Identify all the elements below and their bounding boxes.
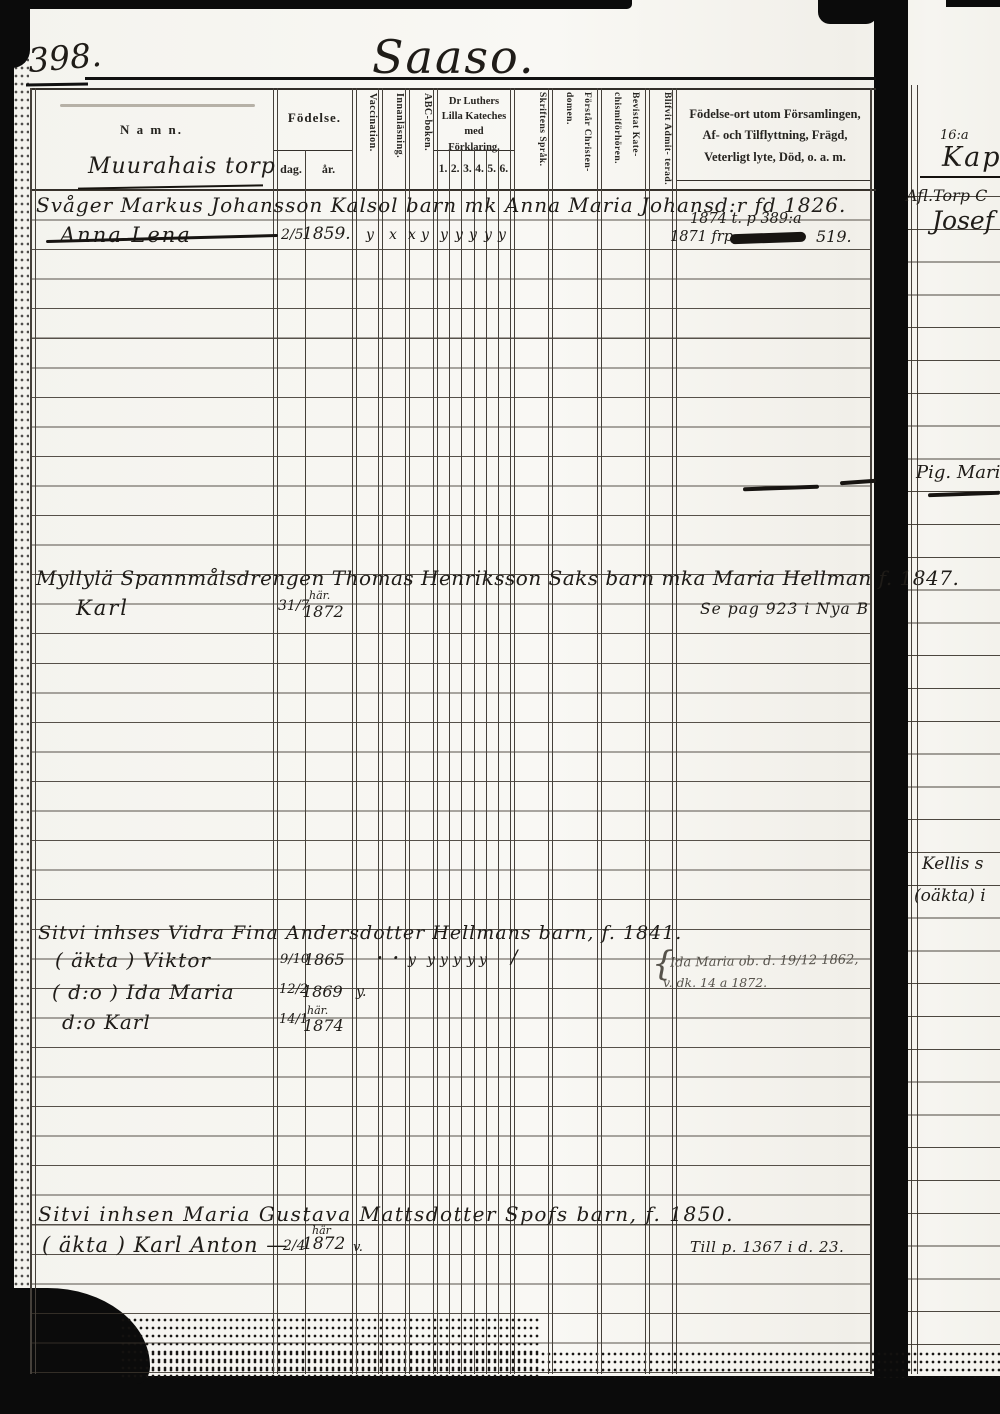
col-rule xyxy=(601,88,602,1374)
entry2-note: Se pag 923 i Nya B xyxy=(700,600,869,618)
entry1-mark: y xyxy=(469,227,477,243)
scan-edge-top-blob xyxy=(818,0,878,24)
col-rule xyxy=(378,88,379,1374)
entry4-name: ( äkta ) Karl Anton — xyxy=(42,1233,288,1257)
col-rule xyxy=(277,88,278,1374)
col-rule xyxy=(449,150,450,1374)
entry1-mark: y xyxy=(455,227,463,243)
col-header-fodelse: Födelse. xyxy=(277,110,352,126)
entry3-row1-mark: y xyxy=(453,952,461,968)
col-rule xyxy=(405,88,406,1374)
katekes-col-1: 1. xyxy=(439,163,448,175)
col-rule xyxy=(382,88,383,1374)
fodelse-box-rule xyxy=(273,150,353,151)
page-number: 398. xyxy=(26,35,103,80)
col-header-ar: år. xyxy=(305,162,352,177)
col-rule xyxy=(548,88,549,1374)
col-rule xyxy=(645,88,646,1374)
row-rules xyxy=(30,190,872,1374)
right-page-heading-small: 16:a xyxy=(940,128,969,143)
right-page-heading: Kapo xyxy=(942,142,1000,173)
right-page-heading-underline xyxy=(920,176,1000,178)
entry1-mark: y xyxy=(440,227,448,243)
katekes-col-5: 5. xyxy=(487,163,496,175)
katekes-col-3: 3. xyxy=(463,163,472,175)
katekes-subcolumn-numbers: 1.2.3.4.5.6. xyxy=(437,163,510,175)
col-rule xyxy=(437,88,438,1374)
entry3-row2-birth-year: 1869 xyxy=(302,982,343,1001)
right-page-entry-line1: Afl.Torp C xyxy=(906,186,987,205)
col-rule xyxy=(461,150,462,1374)
title-rule xyxy=(85,77,876,80)
katekes-col-6: 6. xyxy=(500,163,509,175)
entry3-row3-birth-year: 1874 xyxy=(303,1016,344,1035)
col-rule xyxy=(498,150,499,1374)
entry3-row1-mark: y xyxy=(408,952,416,968)
right-page-entry-low1: Kellis s xyxy=(922,854,983,874)
col-header-namn: N a m n. xyxy=(30,122,273,138)
col-rule xyxy=(649,88,650,1374)
entry1-mark: x xyxy=(408,227,416,243)
col-header-fodelseort: Födelse-ort utom Församlingen, Af- och T… xyxy=(684,104,866,168)
entry3-row1-mark: y xyxy=(479,952,487,968)
katekes-col-4: 4. xyxy=(475,163,484,175)
page-title: Saaso. xyxy=(372,30,535,84)
col-rule xyxy=(305,150,306,1374)
col-rule xyxy=(510,88,511,1374)
place-heading: Muurahais torp xyxy=(88,154,276,179)
scan-edge-left xyxy=(0,0,14,1414)
entry2-birth-place-note: här. xyxy=(309,589,330,602)
header-top-rule xyxy=(30,88,876,90)
entry3-headline: Sitvi inhses Vidra Fina Andersdotter Hel… xyxy=(38,922,682,944)
col-rule xyxy=(30,88,32,1374)
col-header-bevistat-katechismiforhoren: Bevistat Kate- chismiförhören. xyxy=(601,92,644,189)
col-rule xyxy=(514,88,515,1374)
entry3-row3-name: d:o Karl xyxy=(62,1010,151,1034)
entry3-row1-mark: y xyxy=(440,952,448,968)
entry1-note-line2-prefix: 1871 frp xyxy=(670,229,733,245)
scan-edge-left-speckle xyxy=(13,0,29,1414)
entry3-row1-birth-year: 1865 xyxy=(304,950,345,969)
col-rule xyxy=(672,88,673,1374)
church-record-scan: 398. Saaso. N a m n. Muurahais torp Föde… xyxy=(0,0,1000,1414)
entry3-row1-mark: · xyxy=(377,948,383,967)
entry1-birth-day: 2/5 xyxy=(281,227,304,243)
entry4-note: Till p. 1367 i d. 23. xyxy=(690,1238,844,1256)
entry3-row1-mark: · xyxy=(393,948,399,967)
right-page-entry-mid: Pig. Mari xyxy=(916,462,1000,483)
right-page-entry-line2: Josef — xyxy=(932,206,1000,235)
col-header-vaccination: Vaccination. xyxy=(356,93,378,189)
entry2-name: Karl xyxy=(76,596,129,620)
scan-edge-bottom xyxy=(0,1376,1000,1414)
col-rule xyxy=(676,88,677,1374)
scan-edge-top-right xyxy=(946,0,1000,7)
book-gutter xyxy=(874,0,908,1414)
col-header-forstar-christendomen: Förstår Christen- domen. xyxy=(553,92,596,189)
col-header-blifvit-admitterad: Blifvit Admit- terad. xyxy=(650,92,672,189)
col-header-skriftens-sprak: Skriftens Språk. xyxy=(517,92,547,189)
entry3-row1-name: ( äkta ) Viktor xyxy=(55,948,211,972)
entry1-mark: y xyxy=(484,227,492,243)
col-rule xyxy=(474,150,475,1374)
entry3-row1-slash-mark: / xyxy=(511,946,517,968)
entry4-headline: Sitvi inhsen Maria Gustava Mattsdotter S… xyxy=(38,1202,734,1226)
right-page-row-rules xyxy=(908,196,1000,1374)
scan-corner-top-left xyxy=(0,0,30,68)
entry1-birth-year: 1859. xyxy=(302,224,351,244)
entry1-mark: y xyxy=(366,227,374,243)
entry4-birth-year: 1872 xyxy=(302,1234,345,1254)
entry3-row1-mark: y xyxy=(467,952,475,968)
col-rule xyxy=(486,150,487,1374)
col-rule xyxy=(409,88,410,1374)
entry1-note-line1: 1874 t. p 389:a xyxy=(690,211,802,227)
col-rule xyxy=(352,88,353,1374)
col-header-innanlasning: Innanläsning. xyxy=(382,93,405,189)
col-rule xyxy=(433,88,434,1374)
col-rule xyxy=(870,88,872,1374)
entry3-row1-mark: y xyxy=(427,952,435,968)
col-header-abc-boken: ABC-boken. xyxy=(409,93,433,189)
entry2-headline: Myllylä Spannmålsdrengen Thomas Henrikss… xyxy=(36,566,959,590)
entry3-row2-name: ( d:o ) Ida Maria xyxy=(52,980,235,1004)
scan-edge-top xyxy=(0,0,632,9)
col-header-dag: dag. xyxy=(277,162,305,177)
right-page-entry-low2: (oäkta) i xyxy=(914,886,986,906)
entry1-note-line2-suffix: 519. xyxy=(816,227,852,246)
col-header-katekes: Dr Luthers Lilla Kateches med Förklaring… xyxy=(438,94,510,155)
entry4-mark: v. xyxy=(353,1240,363,1255)
entry1-name: Anna Lena xyxy=(60,223,192,247)
namn-smudge xyxy=(60,104,255,107)
col-rule xyxy=(552,88,553,1374)
entry1-mark: y xyxy=(498,227,506,243)
page-number-rule xyxy=(26,82,88,86)
col-rule xyxy=(356,88,357,1374)
entry2-birth-year: 1872 xyxy=(303,602,344,621)
fodelseort-box-rule xyxy=(676,180,872,181)
entry1-mark: y xyxy=(421,227,429,243)
col-rule xyxy=(35,88,36,1374)
entry3-note-line2: v. dk. 14 a 1872. xyxy=(663,975,767,990)
entry3-row2-mark: y. xyxy=(356,984,367,1000)
katekes-col-2: 2. xyxy=(451,163,460,175)
entry1-mark: x xyxy=(389,227,397,243)
col-rule xyxy=(273,88,274,1374)
col-rule xyxy=(597,88,598,1374)
